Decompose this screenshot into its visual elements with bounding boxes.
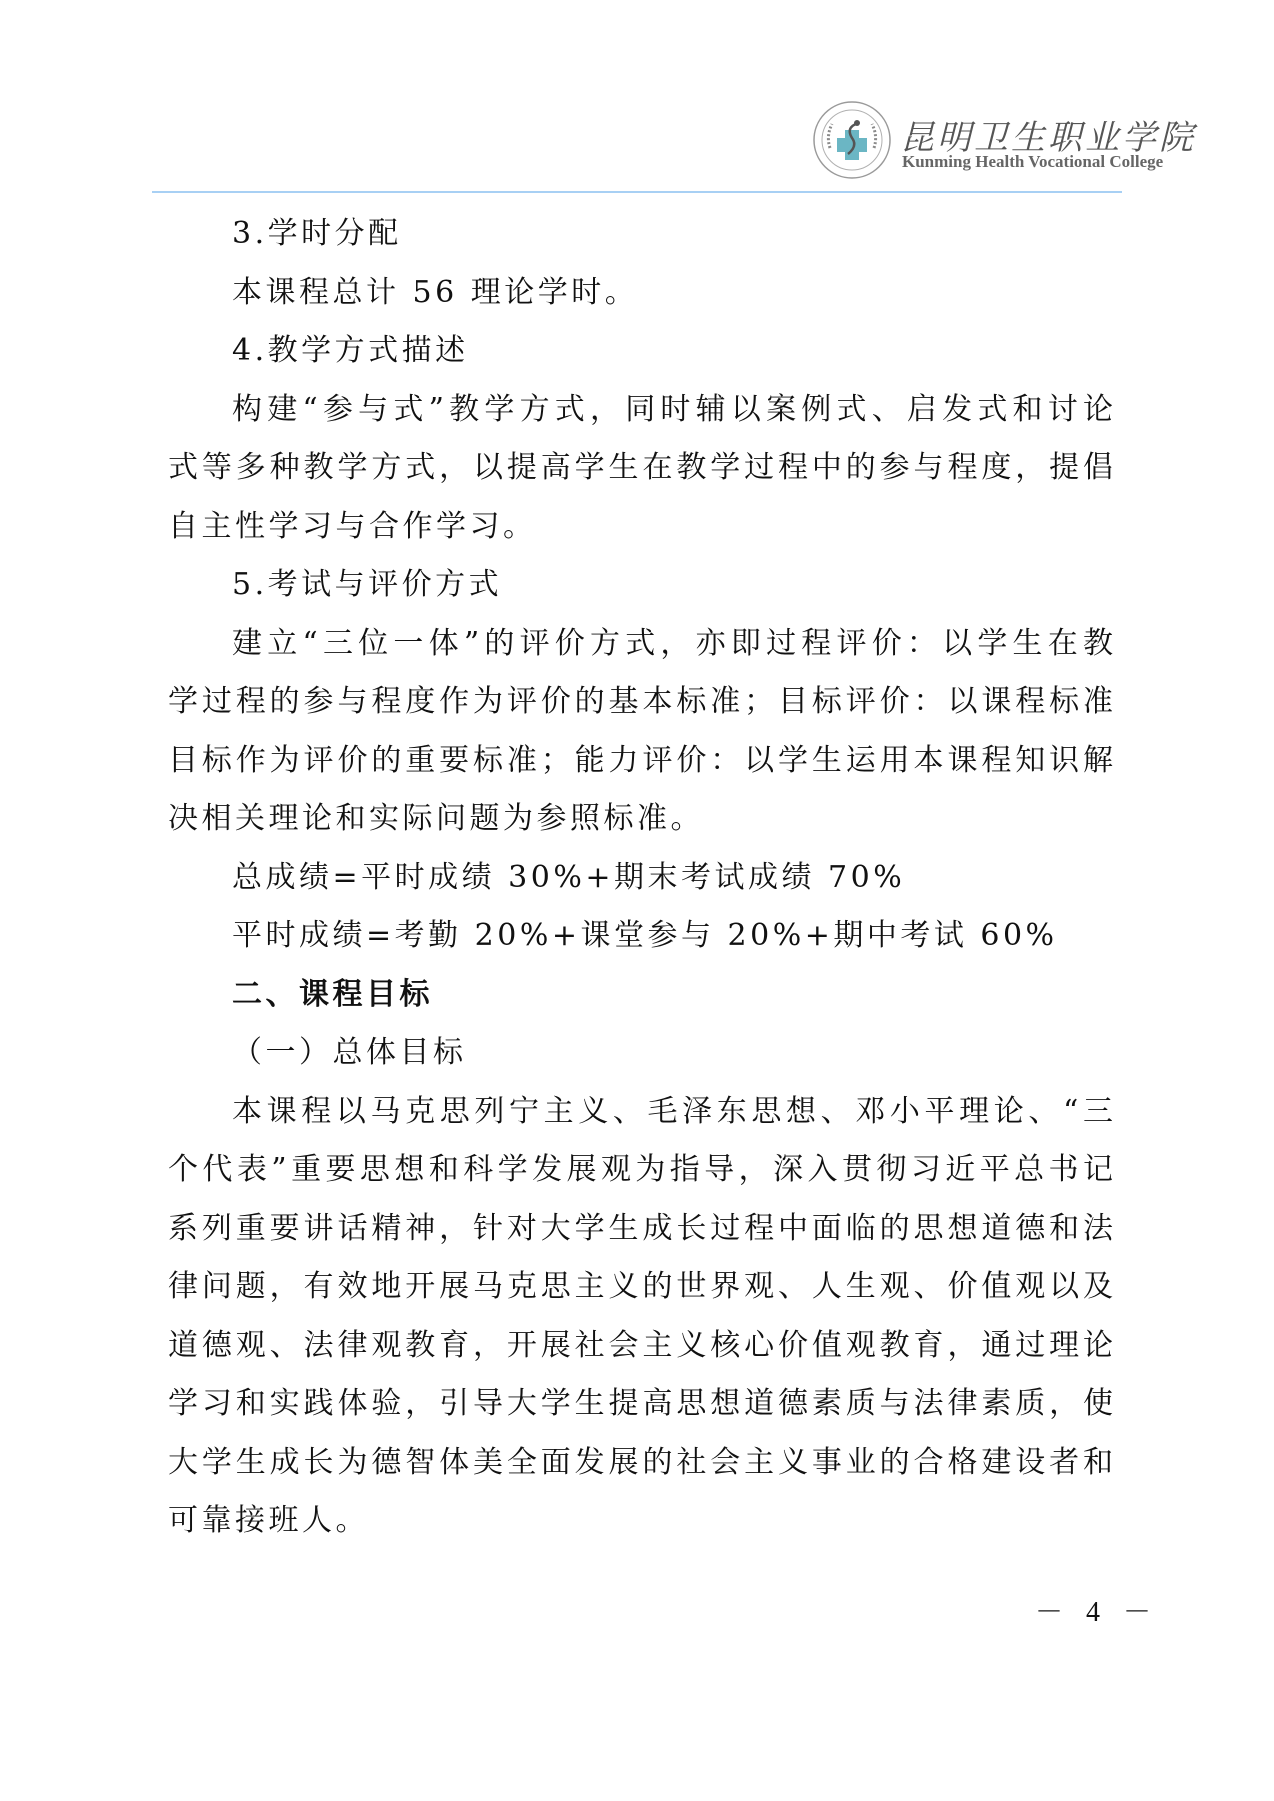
paragraph-line: 系列重要讲话精神，针对大学生成长过程中面临的思想道德和法 [168,1200,1113,1259]
paragraph-line: 目标作为评价的重要标准；能力评价：以学生运用本课程知识解 [168,732,1113,791]
paragraph-line: 建立“三位一体”的评价方式，亦即过程评价：以学生在教 [168,615,1113,674]
page-header: 昆明卫生职业学院 Kunming Health Vocational Colle… [0,0,1274,200]
paragraph-line: 学过程的参与程度作为评价的基本标准；目标评价：以课程标准 [168,673,1113,732]
paragraph-line: 式等多种教学方式，以提高学生在教学过程中的参与程度，提倡 [168,439,1113,498]
paragraph-line: 道德观、法律观教育，开展社会主义核心价值观教育，通过理论 [168,1317,1113,1376]
college-name-english: Kunming Health Vocational College [902,152,1163,172]
document-body: 3.学时分配 本课程总计 56 理论学时。 4.教学方式描述 构建“参与式”教学… [168,205,1113,1551]
college-emblem-icon [812,100,892,180]
section-heading-teaching-method: 4.教学方式描述 [168,322,1113,381]
paragraph-line: 可靠接班人。 [168,1492,1113,1551]
paragraph-line: 学习和实践体验，引导大学生提高思想道德素质与法律素质，使 [168,1375,1113,1434]
paragraph-line: 决相关理论和实际问题为参照标准。 [168,790,1113,849]
paragraph-line: 本课程以马克思列宁主义、毛泽东思想、邓小平理论、“三 [168,1083,1113,1142]
formula-regular-score: 平时成绩=考勤 20%+课堂参与 20%+期中考试 60% [168,907,1113,966]
page-number: － 4 － [1035,1590,1159,1630]
paragraph-hours: 本课程总计 56 理论学时。 [168,264,1113,323]
chapter-heading-course-goals: 二、课程目标 [168,966,1113,1025]
paragraph-line: 自主性学习与合作学习。 [168,498,1113,557]
section-heading-hours: 3.学时分配 [168,205,1113,264]
formula-total-score: 总成绩=平时成绩 30%+期末考试成绩 70% [168,849,1113,908]
header-divider [152,191,1122,193]
paragraph-line: 构建“参与式”教学方式，同时辅以案例式、启发式和讨论 [168,381,1113,440]
paragraph-line: 个代表”重要思想和科学发展观为指导，深入贯彻习近平总书记 [168,1141,1113,1200]
section-heading-assessment: 5.考试与评价方式 [168,556,1113,615]
subsection-heading-overall-goal: （一）总体目标 [168,1024,1113,1083]
paragraph-line: 律问题，有效地开展马克思主义的世界观、人生观、价值观以及 [168,1258,1113,1317]
paragraph-line: 大学生成长为德智体美全面发展的社会主义事业的合格建设者和 [168,1434,1113,1493]
